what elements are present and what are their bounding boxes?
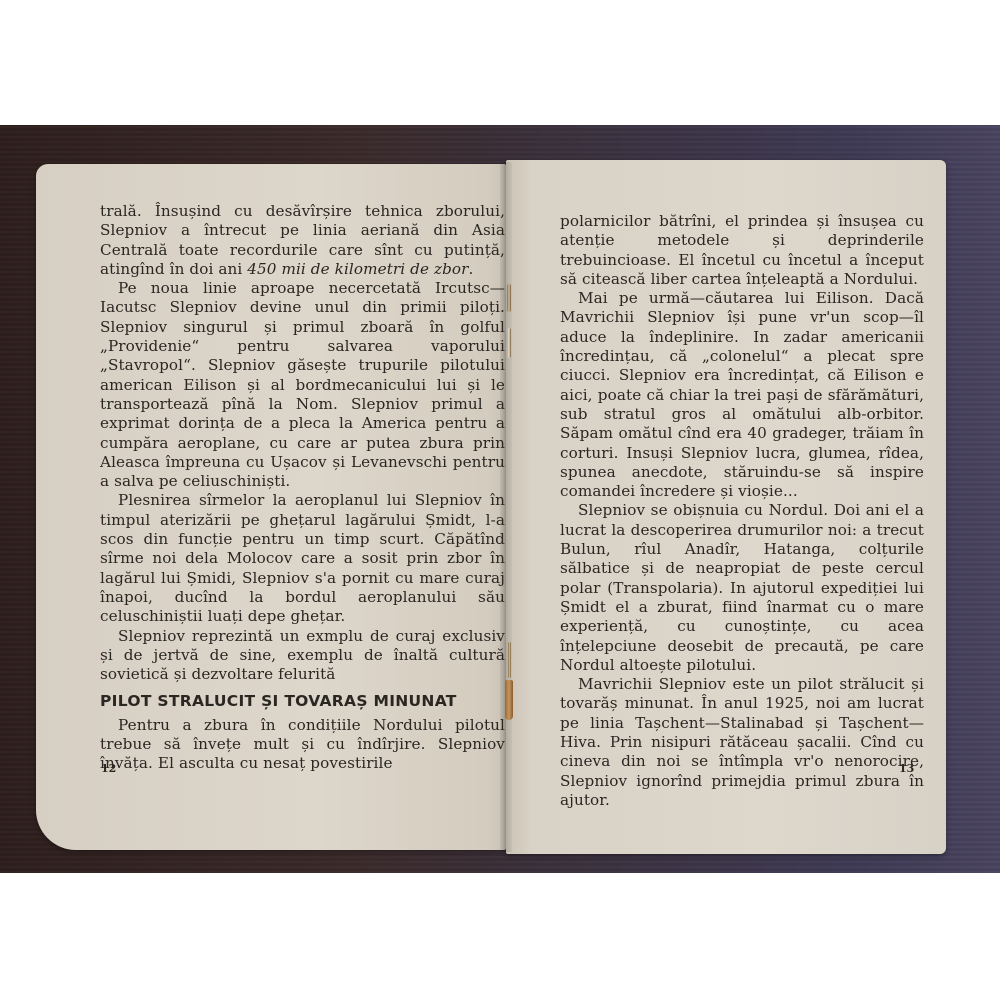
paragraph: Pentru a zbura în condițiile Nordului pi… — [100, 716, 505, 774]
left-page-text: trală. Însușind cu desăvîrșire tehnica z… — [100, 202, 505, 774]
page-number: 13 — [899, 762, 914, 775]
section-heading: PILOT STRALUCIT ȘI TOVARAȘ MINUNAT — [100, 692, 505, 711]
paragraph: trală. Însușind cu desăvîrșire tehnica z… — [100, 202, 505, 279]
paragraph: Slepniov se obișnuia cu Nordul. Doi ani … — [560, 501, 924, 675]
right-page-text: polarnicilor bătrîni, el prindea și însu… — [560, 212, 924, 810]
staple-icon — [505, 680, 513, 720]
page-number: 12 — [101, 762, 116, 775]
italic-emphasis: 450 mii de kilometri de zbor — [247, 260, 468, 278]
paragraph: Mai pe urmă—căutarea lui Eilison. Dacă M… — [560, 289, 924, 501]
punctuation: . — [469, 260, 474, 278]
paragraph: Mavrichii Slepniov este un pilot străluc… — [560, 675, 924, 810]
paragraph: Plesnirea sîrmelor la aeroplanul lui Sle… — [100, 491, 505, 626]
staple-icon — [507, 284, 511, 312]
paragraph: polarnicilor bătrîni, el prindea și însu… — [560, 212, 924, 289]
paragraph: Slepniov reprezintă un exmplu de curaj e… — [100, 627, 505, 685]
staple-icon — [507, 328, 511, 358]
paragraph: Pe noua linie aproape necercetată Ircuts… — [100, 279, 505, 491]
staple-icon — [508, 642, 511, 678]
